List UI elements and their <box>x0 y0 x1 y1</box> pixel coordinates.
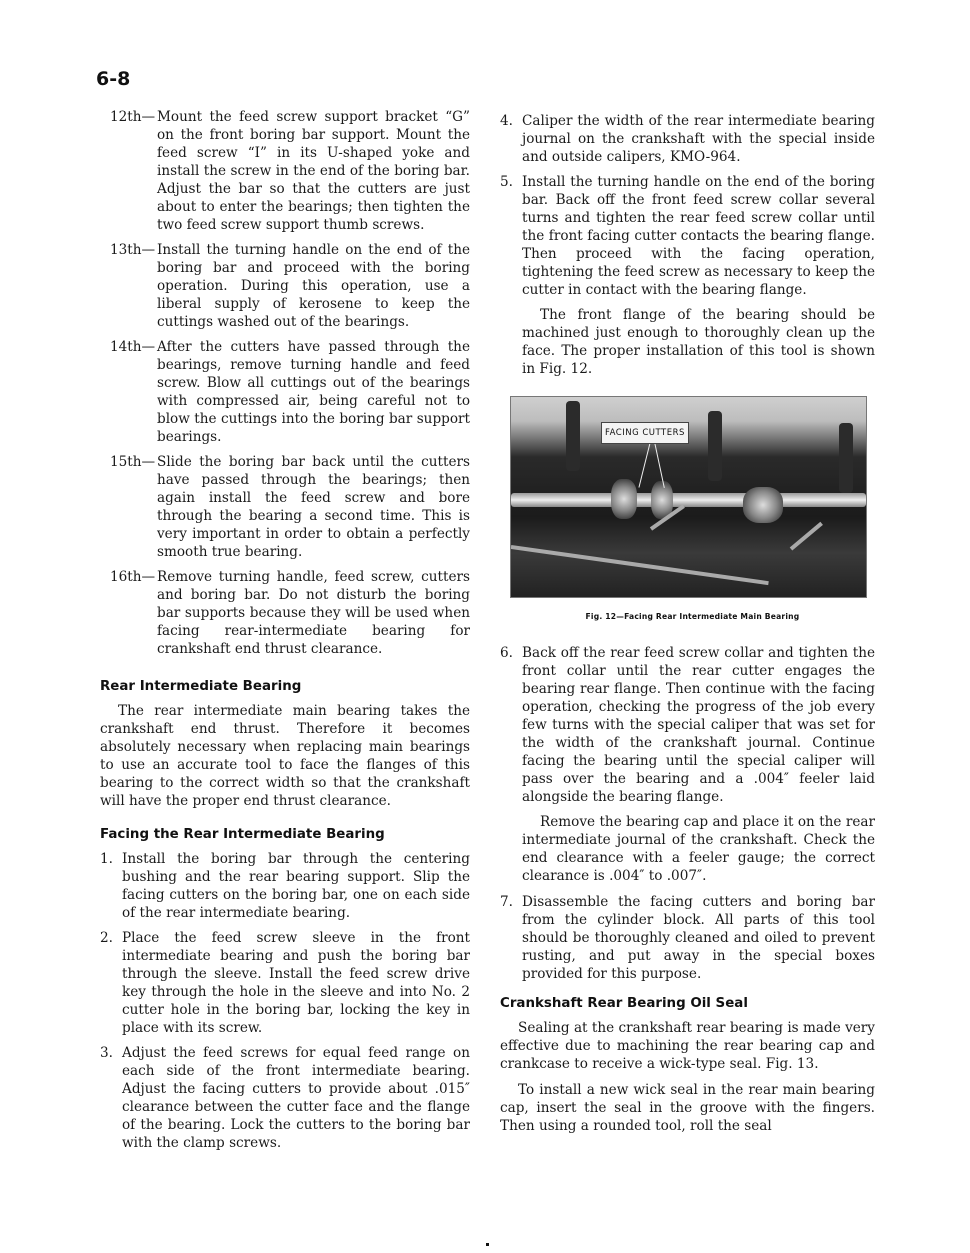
step-text: Install the turning handle on the end of… <box>157 241 470 331</box>
step-label: 15th— <box>110 453 157 561</box>
callout-leader <box>638 437 652 488</box>
step-text: Remove turning handle, feed screw, cutte… <box>157 568 470 658</box>
step-label: 16th— <box>110 568 157 658</box>
step-text: Install the turning handle on the end of… <box>522 173 875 299</box>
callout-facing-cutters: FACING CUTTERS <box>601 422 689 444</box>
right-column: 4. Caliper the width of the rear interme… <box>510 112 875 1143</box>
step-3: 3. Adjust the feed screws for equal feed… <box>100 1044 470 1152</box>
step-4: 4. Caliper the width of the rear interme… <box>500 112 875 166</box>
step-text: Back off the rear feed screw collar and … <box>522 644 875 806</box>
step-label: 6. <box>500 644 522 806</box>
step-text: Install the boring bar through the cente… <box>122 850 470 922</box>
figure-caption: Fig. 12—Facing Rear Intermediate Main Be… <box>510 608 875 626</box>
step-label: 13th— <box>110 241 157 331</box>
clamp <box>790 522 823 551</box>
support-post <box>566 401 580 471</box>
step-label: 4. <box>500 112 522 166</box>
heading-facing-rear-intermediate: Facing the Rear Intermediate Bearing <box>100 826 470 844</box>
step-label: 1. <box>100 850 122 922</box>
heading-rear-intermediate-bearing: Rear Intermediate Bearing <box>100 678 470 696</box>
step-7: 7. Disassemble the facing cutters and bo… <box>500 893 875 983</box>
step-label: 3. <box>100 1044 122 1152</box>
facing-cutter <box>611 479 637 519</box>
heading-oil-seal: Crankshaft Rear Bearing Oil Seal <box>500 995 875 1013</box>
step-2: 2. Place the feed screw sleeve in the fr… <box>100 929 470 1037</box>
step-text: Mount the feed screw support bracket “G”… <box>157 108 470 234</box>
step-15th: 15th— Slide the boring bar back until th… <box>110 453 470 561</box>
block-edge <box>511 545 769 585</box>
step-text: Place the feed screw sleeve in the front… <box>122 929 470 1037</box>
step-5: 5. Install the turning handle on the end… <box>500 173 875 299</box>
step-text: Adjust the feed screws for equal feed ra… <box>122 1044 470 1152</box>
step-6: 6. Back off the rear feed screw collar a… <box>500 644 875 806</box>
step-14th: 14th— After the cutters have passed thro… <box>110 338 470 446</box>
step-1: 1. Install the boring bar through the ce… <box>100 850 470 922</box>
step-label: 12th— <box>110 108 157 234</box>
step-text: Caliper the width of the rear intermedia… <box>522 112 875 166</box>
page-mark <box>486 1243 489 1246</box>
step-12th: 12th— Mount the feed screw support brack… <box>110 108 470 234</box>
step-text: Disassemble the facing cutters and borin… <box>522 893 875 983</box>
step-16th: 16th— Remove turning handle, feed screw,… <box>110 568 470 658</box>
step-label: 2. <box>100 929 122 1037</box>
paragraph-remove-cap: Remove the bearing cap and place it on t… <box>522 813 875 885</box>
bearing-journal <box>743 487 783 523</box>
step-text: Slide the boring bar back until the cutt… <box>157 453 470 561</box>
step-label: 5. <box>500 173 522 299</box>
step-label: 14th— <box>110 338 157 446</box>
support-post <box>708 411 722 481</box>
paragraph-oil-seal-1: Sealing at the crankshaft rear bearing i… <box>500 1019 875 1073</box>
step-text: After the cutters have passed through th… <box>157 338 470 446</box>
step-13th: 13th— Install the turning handle on the … <box>110 241 470 331</box>
paragraph-rear-intermediate: The rear intermediate main bearing takes… <box>100 702 470 810</box>
spacer <box>510 626 875 644</box>
support-post <box>839 423 853 493</box>
figure-12: FACING CUTTERS Fig. 12—Facing Rear Inter… <box>510 396 875 626</box>
page-number: 6-8 <box>96 68 130 90</box>
boring-bar <box>511 493 866 507</box>
paragraph-front-flange: The front flange of the bearing should b… <box>522 306 875 378</box>
figure-photo: FACING CUTTERS <box>510 396 867 598</box>
step-label: 7. <box>500 893 522 983</box>
left-column: 12th— Mount the feed screw support brack… <box>110 108 470 1159</box>
paragraph-oil-seal-2: To install a new wick seal in the rear m… <box>500 1081 875 1135</box>
